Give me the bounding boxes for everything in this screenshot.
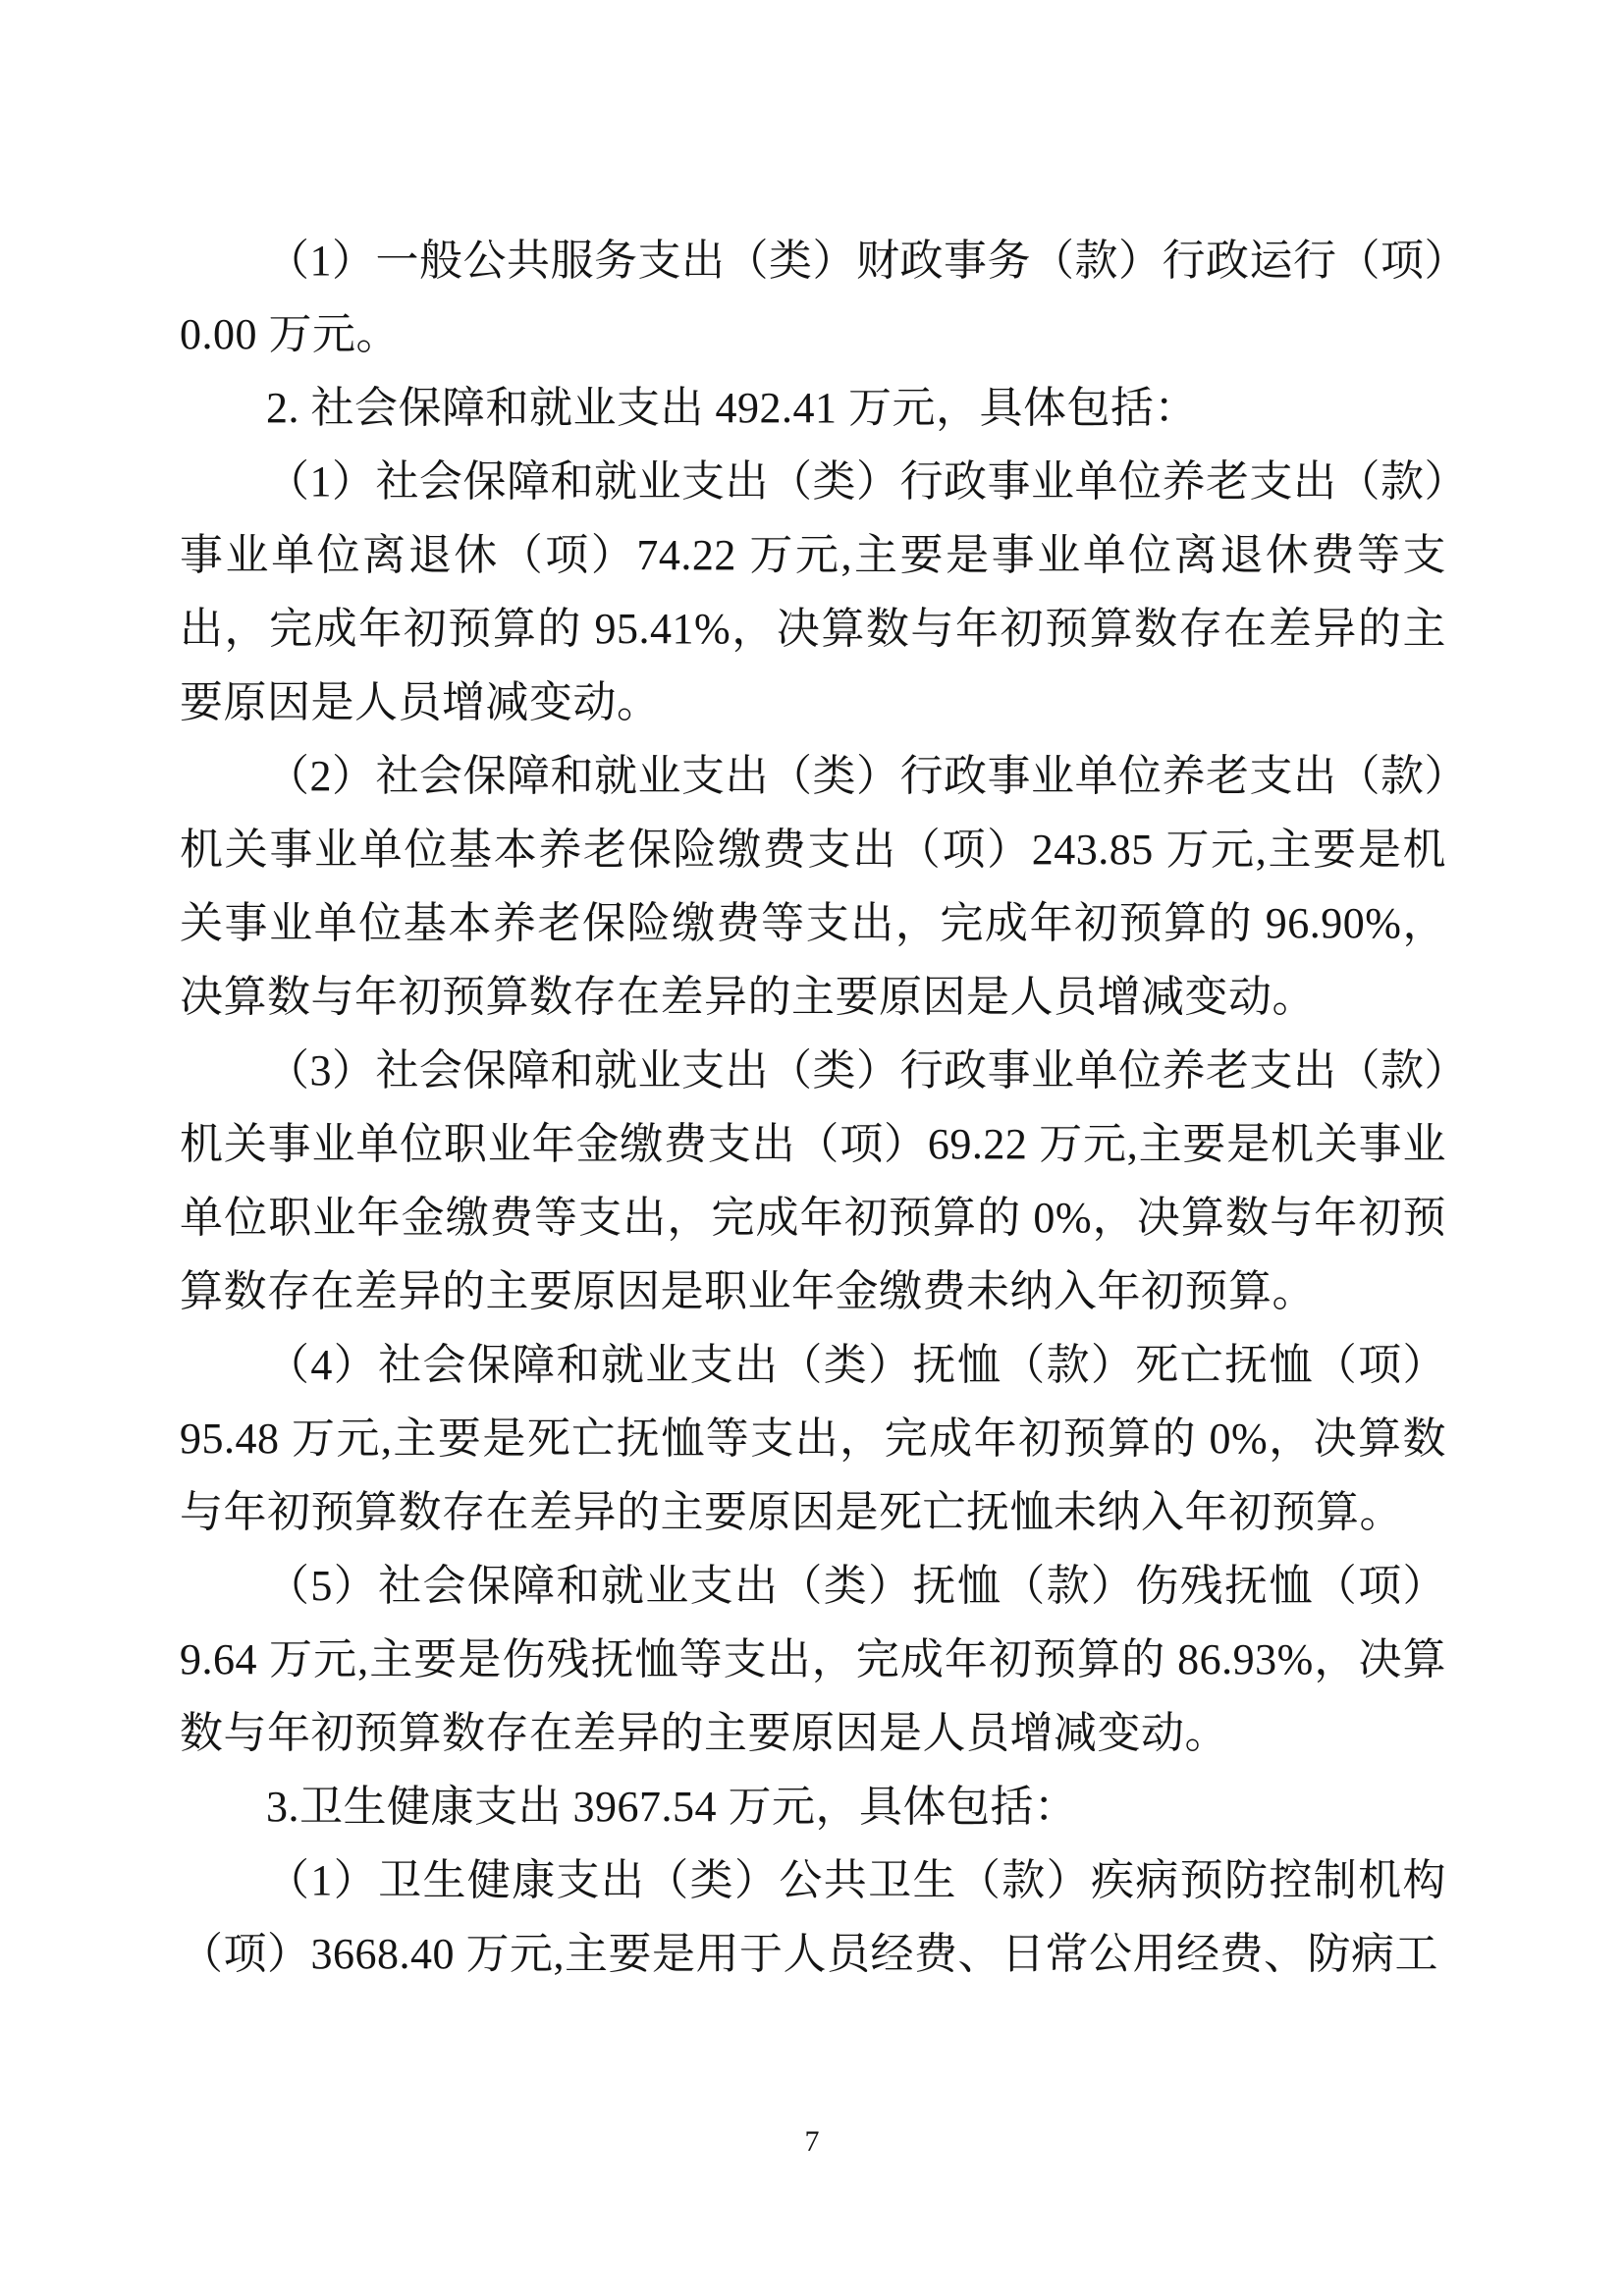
paragraph-social-security-item-3: （3）社会保障和就业支出（类）行政事业单位养老支出（款）机关事业单位职业年金缴费… [180, 1034, 1446, 1328]
document-page: （1）一般公共服务支出（类）财政事务（款）行政运行（项）0.00 万元。 2. … [0, 0, 1624, 2296]
paragraph-social-security-item-1: （1）社会保障和就业支出（类）行政事业单位养老支出（款）事业单位离退休（项）74… [180, 445, 1446, 739]
paragraph-health-total: 3.卫生健康支出 3967.54 万元，具体包括： [180, 1770, 1446, 1843]
page-number: 7 [0, 2125, 1624, 2159]
paragraph-social-security-total: 2. 社会保障和就业支出 492.41 万元，具体包括： [180, 371, 1446, 445]
paragraph-social-security-item-4: （4）社会保障和就业支出（类）抚恤（款）死亡抚恤（项）95.48 万元,主要是死… [180, 1328, 1446, 1549]
paragraph-social-security-item-2: （2）社会保障和就业支出（类）行政事业单位养老支出（款）机关事业单位基本养老保险… [180, 739, 1446, 1034]
paragraph-social-security-item-5: （5）社会保障和就业支出（类）抚恤（款）伤残抚恤（项）9.64 万元,主要是伤残… [180, 1549, 1446, 1770]
document-body: （1）一般公共服务支出（类）财政事务（款）行政运行（项）0.00 万元。 2. … [180, 224, 1446, 1991]
paragraph-general-public-service: （1）一般公共服务支出（类）财政事务（款）行政运行（项）0.00 万元。 [180, 224, 1446, 371]
paragraph-health-item-1: （1）卫生健康支出（类）公共卫生（款）疾病预防控制机构（项）3668.40 万元… [180, 1843, 1446, 1991]
